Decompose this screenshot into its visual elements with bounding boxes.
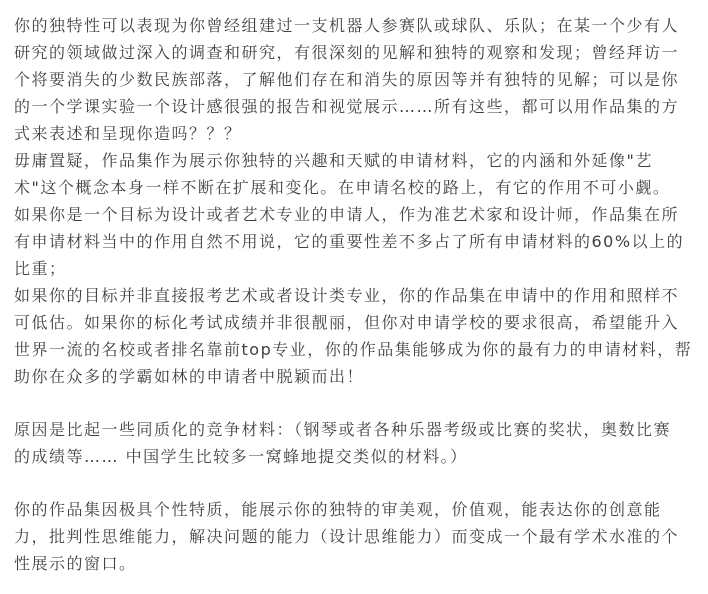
- text-line: 世界一流的名校或者排名靠前top专业，你的作品集能够成为你的最有力的申请材料，帮: [14, 336, 694, 363]
- paragraph-reason: 原因是比起一些同质化的竞争材料：（钢琴或者各种乐器考级或比赛的奖状，奥数比赛 的…: [14, 416, 694, 470]
- text-line: 术"这个概念本身一样不断在扩展和变化。在申请名校的路上，有它的作用不可小觑。: [14, 174, 694, 201]
- text-line: 如果你是一个目标为设计或者艺术专业的申请人，作为准艺术家和设计师，作品集在所: [14, 201, 694, 228]
- text-line: 的一个学课实验一个设计感很强的报告和视觉展示……所有这些，都可以用作品集的方: [14, 93, 694, 120]
- text-line: 可低估。如果你的标化考试成绩并非很靓丽，但你对申请学校的要求很高，希望能升入: [14, 309, 694, 336]
- text-line: 力，批判性思维能力，解决问题的能力（设计思维能力）而变成一个最有学术水准的个: [14, 523, 694, 550]
- text-line: 你的作品集因极具个性特质，能展示你的独特的审美观，价值观，能表达你的创意能: [14, 496, 694, 523]
- text-line: 你的独特性可以表现为你曾经组建过一支机器人参赛队或球队、乐队；在某一个少有人: [14, 12, 694, 39]
- document-page: 你的独特性可以表现为你曾经组建过一支机器人参赛队或球队、乐队；在某一个少有人 研…: [0, 0, 708, 594]
- text-line: 助你在众多的学霸如林的申请者中脱颖而出！: [14, 363, 694, 390]
- text-line: 式来表述和呈现你造吗？？？: [14, 120, 694, 147]
- text-line: 毋庸置疑，作品集作为展示你独特的兴趣和天赋的申请材料，它的内涵和外延像"艺: [14, 147, 694, 174]
- text-line: 个将要消失的少数民族部落，了解他们存在和消失的原因等并有独特的见解；可以是你: [14, 66, 694, 93]
- text-line: 性展示的窗口。: [14, 550, 694, 577]
- text-line: 的成绩等…… 中国学生比较多一窝蜂地提交类似的材料。）: [14, 443, 694, 470]
- text-line: 研究的领域做过深入的调查和研究，有很深刻的见解和独特的观察和发现；曾经拜访一: [14, 39, 694, 66]
- text-line: 有申请材料当中的作用自然不用说，它的重要性差不多占了所有申请材料的60%以上的: [14, 228, 694, 255]
- text-line: 比重；: [14, 255, 694, 282]
- paragraph-conclusion: 你的作品集因极具个性特质，能展示你的独特的审美观，价值观，能表达你的创意能 力，…: [14, 496, 694, 577]
- text-line: 原因是比起一些同质化的竞争材料：（钢琴或者各种乐器考级或比赛的奖状，奥数比赛: [14, 416, 694, 443]
- paragraph-uniqueness: 你的独特性可以表现为你曾经组建过一支机器人参赛队或球队、乐队；在某一个少有人 研…: [14, 12, 694, 390]
- text-line: 如果你的目标并非直接报考艺术或者设计类专业，你的作品集在申请中的作用和照样不: [14, 282, 694, 309]
